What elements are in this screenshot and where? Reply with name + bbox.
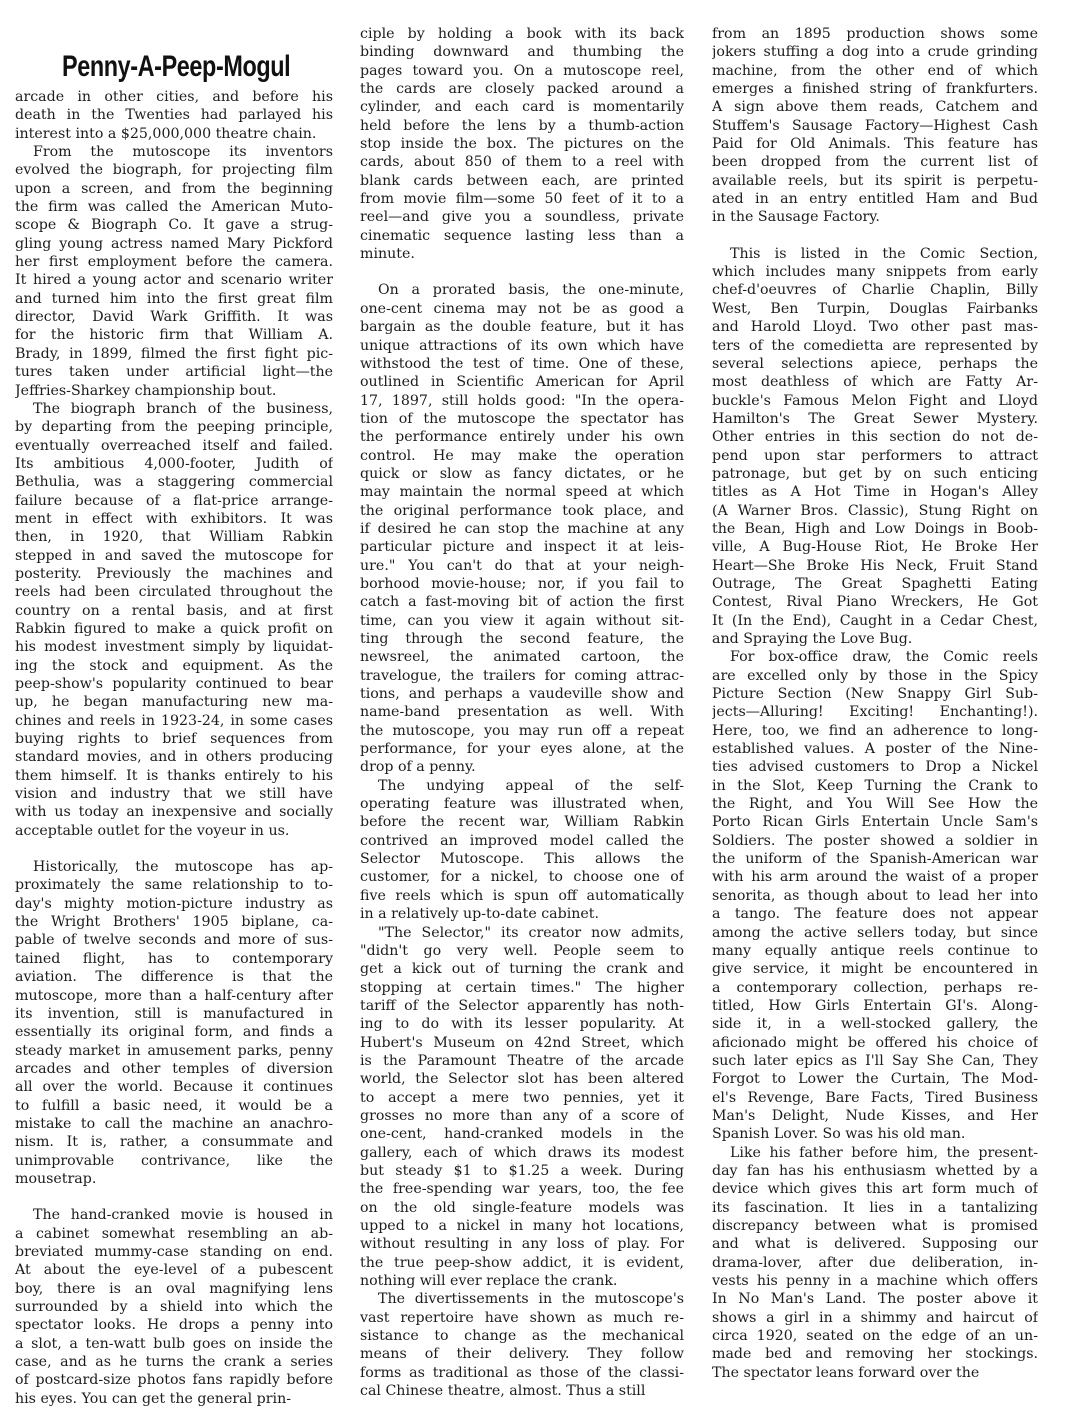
text-line: It hired a young actor and scenario writ… xyxy=(15,271,333,289)
text-line: ciple by holding a book with its back xyxy=(360,25,684,43)
text-line: At about the eye-level of a pubescent xyxy=(15,1261,333,1279)
text-line: Hubert's Museum on 42nd Street, which xyxy=(360,1034,684,1052)
text-line: by departing from the peeping principle, xyxy=(15,418,333,436)
text-line: gallery, each of which draws its modest xyxy=(360,1144,684,1162)
text-line: ing the stock and equipment. As the xyxy=(15,657,333,675)
text-line: cinematic sequence lasting less than a xyxy=(360,227,684,245)
text-line: means of their delivery. They follow xyxy=(360,1345,684,1363)
text-line: bargain as the double feature, but it ha… xyxy=(360,318,684,336)
text-line: ting through the second feature, the xyxy=(360,630,684,648)
text-line: stop inside the box. The pictures on the xyxy=(360,135,684,153)
text-line: five reels which is spun off automatical… xyxy=(360,887,684,905)
text-line: ing to do with its lesser popularity. At xyxy=(360,1015,684,1033)
article-paragraph: From the mutoscope its inventorsevolved … xyxy=(15,143,333,400)
text-line: catch a fast-moving bit of action the fi… xyxy=(360,593,684,611)
text-line: pages toward you. On a mutoscope reel, xyxy=(360,62,684,80)
text-line: made bed and removing her stockings. xyxy=(712,1345,1038,1363)
text-line: vests his penny in a machine which offer… xyxy=(712,1272,1038,1290)
text-line: chef-d'oeuvres of Charlie Chaplin, Billy xyxy=(712,281,1038,299)
text-line: are excelled only by those in the Spicy xyxy=(712,667,1038,685)
text-line: case, and as he turns the crank a series xyxy=(15,1353,333,1371)
text-line: mistake to call the machine an anachro- xyxy=(15,1115,333,1133)
text-line: side it, in a well-stocked gallery, the xyxy=(712,1015,1038,1033)
text-line: such later epics as I'll Say She Can, Th… xyxy=(712,1052,1038,1070)
text-line: spectator looks. He drops a penny into xyxy=(15,1316,333,1334)
text-line: his modest investment simply by liquidat… xyxy=(15,638,333,656)
text-line: Soldiers. The poster showed a soldier in xyxy=(712,832,1038,850)
text-line: 17, 1897, still holds good: "In the oper… xyxy=(360,392,684,410)
text-line: one-cent cinema may not be as good a xyxy=(360,300,684,318)
text-line: in the Slot, Keep Turning the Crank to xyxy=(712,777,1038,795)
text-line: pend upon star performers to attract xyxy=(712,447,1038,465)
text-line: from movie film—some 50 feet of it to a xyxy=(360,190,684,208)
text-line: ties advised customers to Drop a Nickel xyxy=(712,758,1038,776)
text-line: may maintain the normal speed at which xyxy=(360,483,684,501)
text-line: unique attractions of its own which have xyxy=(360,337,684,355)
text-line: mousetrap. xyxy=(15,1170,333,1188)
text-line: ated in an entry entitled Ham and Bud xyxy=(712,190,1038,208)
text-line: This is listed in the Comic Section, xyxy=(712,245,1038,263)
text-line: and what is delivered. Supposing our xyxy=(712,1235,1038,1253)
article-paragraph: ciple by holding a book with its backbin… xyxy=(360,25,684,263)
text-line: contrived an improved model called the xyxy=(360,832,684,850)
text-line: From the mutoscope its inventors xyxy=(15,143,333,161)
article-paragraph: On a prorated basis, the one-minute,one-… xyxy=(360,281,684,776)
text-line: "The Selector," its creator now admits, xyxy=(360,924,684,942)
text-line: drop of a penny. xyxy=(360,758,684,776)
text-line: the Bean, High and Low Doings in Boob- xyxy=(712,520,1038,538)
text-line: on the old single-feature models was xyxy=(360,1199,684,1217)
text-line: vast repertoire have shown as much re- xyxy=(360,1309,684,1327)
text-line: On a prorated basis, the one-minute, xyxy=(360,281,684,299)
article-column-1: arcade in other cities, and before hisde… xyxy=(15,88,333,1408)
text-line: unimprovable contrivance, like the xyxy=(15,1152,333,1170)
text-line: The hand-cranked movie is housed in xyxy=(15,1206,333,1224)
text-line: stopping at certain times." The higher xyxy=(360,979,684,997)
text-line: cards, about 850 of them to a reel with xyxy=(360,153,684,171)
text-line: death in the Twenties had parlayed his xyxy=(15,106,333,124)
text-line: the Wright Brothers' 1905 biplane, ca- xyxy=(15,913,333,931)
article-paragraph: For box-office draw, the Comic reelsare … xyxy=(712,648,1038,1143)
text-line: the true peep-show addict, it is evident… xyxy=(360,1254,684,1272)
text-line: forms as traditional as those of the cla… xyxy=(360,1364,684,1382)
text-line: blank cards between each, are printed xyxy=(360,172,684,190)
text-line: essentially its original form, and finds… xyxy=(15,1023,333,1041)
text-line: titled, How Girls Entertain GI's. Along- xyxy=(712,997,1038,1015)
text-line: acceptable outlet for the voyeur in us. xyxy=(15,822,333,840)
text-line: a slot, a ten-watt bulb goes on inside t… xyxy=(15,1335,333,1353)
text-line: established values. A poster of the Nine… xyxy=(712,740,1038,758)
text-line: eventually overreached itself and failed… xyxy=(15,437,333,455)
text-line: peep-show's popularity continued to bear xyxy=(15,675,333,693)
paragraph-gap xyxy=(360,263,684,281)
text-line: several selections apiece, perhaps the xyxy=(712,355,1038,373)
article-paragraph: arcade in other cities, and before hisde… xyxy=(15,88,333,143)
text-line: then, in 1920, that William Rabkin xyxy=(15,528,333,546)
article-paragraph: "The Selector," its creator now admits,"… xyxy=(360,924,684,1291)
text-line: among the active sellers today, but sinc… xyxy=(712,924,1038,942)
text-line: chines and reels in 1923-24, in some cas… xyxy=(15,712,333,730)
text-line: Historically, the mutoscope has ap- xyxy=(15,858,333,876)
text-line: Man's Delight, Nude Kisses, and Her xyxy=(712,1107,1038,1125)
article-paragraph: The biograph branch of the business,by d… xyxy=(15,400,333,840)
text-line: circa 1920, seated on the edge of an un- xyxy=(712,1327,1038,1345)
text-line: proximately the same relationship to to- xyxy=(15,876,333,894)
text-line: and turned him into the first great film xyxy=(15,290,333,308)
text-line: travelogue, the trailers for coming attr… xyxy=(360,667,684,685)
text-line: failure because of a flat-price arrange- xyxy=(15,492,333,510)
article-paragraph: Historically, the mutoscope has ap-proxi… xyxy=(15,858,333,1188)
text-line: to accept a mere two pennies, yet it xyxy=(360,1089,684,1107)
text-line: ville, A Bug-House Riot, He Broke Her xyxy=(712,538,1038,556)
text-line: evolved the biograph, for projecting fil… xyxy=(15,161,333,179)
text-line: up, he began manufacturing new ma- xyxy=(15,693,333,711)
text-line: tariff of the Selector apparently has no… xyxy=(360,997,684,1015)
text-line: Heart—She Broke His Neck, Fruit Stand xyxy=(712,557,1038,575)
text-line: scope & Biograph Co. It gave a strug- xyxy=(15,216,333,234)
text-line: reel—and give you a soundless, private xyxy=(360,208,684,226)
text-line: before the recent war, William Rabkin xyxy=(360,813,684,831)
text-line: from an 1895 production shows some xyxy=(712,25,1038,43)
text-line: vision and industry that we still have xyxy=(15,785,333,803)
text-line: the cards are closely packed around a xyxy=(360,80,684,98)
article-paragraph: The hand-cranked movie is housed ina cab… xyxy=(15,1206,333,1408)
text-line: jects—Alluring! Exciting! Enchanting!). xyxy=(712,703,1038,721)
text-line: for the historic firm that William A. xyxy=(15,326,333,344)
text-line: of postcard-size photos fans rapidly bef… xyxy=(15,1371,333,1389)
text-line: tained flight, has to contemporary xyxy=(15,950,333,968)
text-line: director, David Wark Griffith. It was xyxy=(15,308,333,326)
text-line: sistance to change as the mechanical xyxy=(360,1327,684,1345)
text-line: pable of twelve seconds and more of sus- xyxy=(15,931,333,949)
text-line: Like his father before him, the present- xyxy=(712,1144,1038,1162)
text-line: day's mighty motion-picture industry as xyxy=(15,895,333,913)
article-paragraph: This is listed in the Comic Section,whic… xyxy=(712,245,1038,649)
text-line: mutoscope, more than a half-century afte… xyxy=(15,987,333,1005)
text-line: titles as A Hot Time in Hogan's Alley xyxy=(712,483,1038,501)
text-line: many equally antique reels continue to xyxy=(712,942,1038,960)
article-paragraph: Like his father before him, the present-… xyxy=(712,1144,1038,1382)
text-line: the original performance took place, and xyxy=(360,502,684,520)
text-line: name-band presentation as well. With xyxy=(360,703,684,721)
text-line: day fan has his enthusiasm whetted by a xyxy=(712,1162,1038,1180)
text-line: interest into a $25,000,000 theatre chai… xyxy=(15,125,333,143)
article-column-3: from an 1895 production shows somejokers… xyxy=(712,25,1038,1382)
text-line: reels had been circulated throughout the xyxy=(15,583,333,601)
text-line: Brady, in 1899, filmed the first fight p… xyxy=(15,345,333,363)
text-line: breviated mummy-case standing on end. xyxy=(15,1243,333,1261)
text-line: most deathless of which are Fatty Ar- xyxy=(712,373,1038,391)
paragraph-gap xyxy=(15,1188,333,1206)
text-line: performance, for your eyes alone, at the xyxy=(360,740,684,758)
text-line: Porto Rican Girls Entertain Uncle Sam's xyxy=(712,813,1038,831)
text-line: outlined in Scientific American for Apri… xyxy=(360,373,684,391)
text-line: steady market in amusement parks, penny xyxy=(15,1042,333,1060)
text-line: a tango. The feature does not appear xyxy=(712,905,1038,923)
text-line: customer, for a nickel, to choose one of xyxy=(360,868,684,886)
text-line: For box-office draw, the Comic reels xyxy=(712,648,1038,666)
text-line: a cabinet somewhat resembling an ab- xyxy=(15,1225,333,1243)
text-line: upped to a nickel in many hot locations, xyxy=(360,1217,684,1235)
text-line: el's Revenge, Bare Facts, Tired Business xyxy=(712,1089,1038,1107)
text-line: The biograph branch of the business, xyxy=(15,400,333,418)
text-line: the uniform of the Spanish-American war xyxy=(712,850,1038,868)
text-line: its invention, still is manufactured in xyxy=(15,1005,333,1023)
text-line: senorita, as though about to lead her in… xyxy=(712,887,1038,905)
text-line: the mutoscope, you may run off a repeat xyxy=(360,722,684,740)
text-line: his eyes. You can get the general prin- xyxy=(15,1390,333,1408)
text-line: drama-lover, after due deliberation, in- xyxy=(712,1254,1038,1272)
text-line: Contest, Rival Piano Wreckers, He Got xyxy=(712,593,1038,611)
text-line: shows a girl in a shimmy and haircut of xyxy=(712,1309,1038,1327)
text-line: control. He may make the operation xyxy=(360,447,684,465)
text-line: A sign above them reads, Catchem and xyxy=(712,98,1038,116)
text-line: time, can you view it again without sit- xyxy=(360,612,684,630)
article-paragraph: The divertissements in the mutoscope'sva… xyxy=(360,1290,684,1400)
text-line: which includes many snippets from early xyxy=(712,263,1038,281)
text-line: been dropped from the current list of xyxy=(712,153,1038,171)
text-line: buying rights to brief sequences from xyxy=(15,730,333,748)
text-line: in a relatively up-to-date cabinet. xyxy=(360,905,684,923)
text-line: newsreel, the animated cartoon, the xyxy=(360,648,684,666)
text-line: them himself. It is thanks entirely to h… xyxy=(15,767,333,785)
text-line: "didn't go very well. People seem to xyxy=(360,942,684,960)
text-line: get a kick out of turning the crank and xyxy=(360,960,684,978)
text-line: The spectator leans forward over the xyxy=(712,1364,1038,1382)
text-line: The divertissements in the mutoscope's xyxy=(360,1290,684,1308)
article-title: Penny-A-Peep-Mogul xyxy=(62,50,290,84)
text-line: give service, it might be encountered in xyxy=(712,960,1038,978)
text-line: withstood the test of time. One of these… xyxy=(360,355,684,373)
text-line: stepped in and saved the mutoscope for xyxy=(15,547,333,565)
text-line: nothing will ever replace the crank. xyxy=(360,1272,684,1290)
text-line: is the Paramount Theatre of the arcade xyxy=(360,1052,684,1070)
text-line: Spanish Lover. So was his old man. xyxy=(712,1125,1038,1143)
text-line: without resulting in any loss of play. F… xyxy=(360,1235,684,1253)
text-line: and Spraying the Love Bug. xyxy=(712,630,1038,648)
text-line: ure." You can't do that at your neigh- xyxy=(360,557,684,575)
text-line: with us today an inexpensive and sociall… xyxy=(15,803,333,821)
text-line: Picture Section (New Snappy Girl Sub- xyxy=(712,685,1038,703)
text-line: Bethulia, was a staggering commercial xyxy=(15,473,333,491)
text-line: in the Sausage Factory. xyxy=(712,208,1038,226)
text-line: her first employment before the camera. xyxy=(15,253,333,271)
text-line: device which gives this art form much of xyxy=(712,1180,1038,1198)
text-line: aficionado might be offered his choice o… xyxy=(712,1034,1038,1052)
text-line: if desired he can stop the machine at an… xyxy=(360,520,684,538)
paragraph-gap xyxy=(712,227,1038,245)
text-line: upon a screen, and from the beginning xyxy=(15,180,333,198)
text-line: ment in effect with exhibitors. It was xyxy=(15,510,333,528)
text-line: The undying appeal of the self- xyxy=(360,777,684,795)
paragraph-gap xyxy=(15,840,333,858)
text-line: emerges a finished string of frankfurter… xyxy=(712,80,1038,98)
text-line: Its ambitious 4,000-footer, Judith of xyxy=(15,455,333,473)
text-line: discrepancy between what is promised xyxy=(712,1217,1038,1235)
text-line: to fulfill a basic need, it would be a xyxy=(15,1097,333,1115)
text-line: held before the lens by a thumb-action xyxy=(360,117,684,135)
text-line: Here, too, we find an adherence to long- xyxy=(712,722,1038,740)
text-line: operating feature was illustrated when, xyxy=(360,795,684,813)
text-line: In No Man's Land. The poster above it xyxy=(712,1290,1038,1308)
text-line: binding downward and thumbing the xyxy=(360,43,684,61)
text-line: the Right, and You Will See How the xyxy=(712,795,1038,813)
text-line: Forgot to Lower the Curtain, The Mod- xyxy=(712,1070,1038,1088)
text-line: country on a rental basis, and at first xyxy=(15,602,333,620)
text-line: tion of the mutoscope the spectator has xyxy=(360,410,684,428)
text-line: a contemporary collection, perhaps re- xyxy=(712,979,1038,997)
text-line: tures taken under artificial light—the xyxy=(15,363,333,381)
text-line: nism. It is, rather, a consummate and xyxy=(15,1133,333,1151)
text-line: posterity. Previously the machines and xyxy=(15,565,333,583)
text-line: Selector Mutoscope. This allows the xyxy=(360,850,684,868)
text-line: borhood movie-house; nor, if you fail to xyxy=(360,575,684,593)
text-line: but steady $1 to $1.25 a week. During xyxy=(360,1162,684,1180)
text-line: world, the Selector slot has been altere… xyxy=(360,1070,684,1088)
text-line: particular picture and inspect it at lei… xyxy=(360,538,684,556)
text-line: boy, there is an oval magnifying lens xyxy=(15,1280,333,1298)
text-line: the performance entirely under his own xyxy=(360,428,684,446)
text-line: quick or slow as fancy dictates, or he xyxy=(360,465,684,483)
text-line: and Harold Lloyd. Two other past mas- xyxy=(712,318,1038,336)
text-line: all over the world. Because it continues xyxy=(15,1078,333,1096)
text-line: Stuffem's Sausage Factory—Highest Cash xyxy=(712,117,1038,135)
text-line: arcade in other cities, and before his xyxy=(15,88,333,106)
text-line: cal Chinese theatre, almost. Thus a stil… xyxy=(360,1382,684,1400)
text-line: (A Warner Bros. Classic), Stung Right on xyxy=(712,502,1038,520)
text-line: West, Ben Turpin, Douglas Fairbanks xyxy=(712,300,1038,318)
text-line: its fascination. It lies in a tantalizin… xyxy=(712,1199,1038,1217)
text-line: cylinder, and each card is momentarily xyxy=(360,98,684,116)
text-line: Other entries in this section do not de- xyxy=(712,428,1038,446)
text-line: the firm was called the American Muto- xyxy=(15,198,333,216)
text-line: Hamilton's The Great Sewer Mystery. xyxy=(712,410,1038,428)
text-line: machine, from the other end of which xyxy=(712,62,1038,80)
text-line: Rabkin figured to make a quick profit on xyxy=(15,620,333,638)
text-line: Jeffries-Sharkey championship bout. xyxy=(15,382,333,400)
text-line: Paid for Old Animals. This feature has xyxy=(712,135,1038,153)
text-line: arcades and other temples of diversion xyxy=(15,1060,333,1078)
text-line: available reels, but its spirit is perpe… xyxy=(712,172,1038,190)
text-line: surrounded by a shield into which the xyxy=(15,1298,333,1316)
text-line: standard movies, and in others producing xyxy=(15,748,333,766)
text-line: buckle's Famous Melon Fight and Lloyd xyxy=(712,392,1038,410)
text-line: with his arm around the waist of a prope… xyxy=(712,868,1038,886)
article-paragraph: The undying appeal of the self-operating… xyxy=(360,777,684,924)
article-paragraph: from an 1895 production shows somejokers… xyxy=(712,25,1038,227)
text-line: grosses no more than any of a score of xyxy=(360,1107,684,1125)
text-line: minute. xyxy=(360,245,684,263)
text-line: It (In the End), Caught in a Cedar Chest… xyxy=(712,612,1038,630)
text-line: Outrage, The Great Spaghetti Eating xyxy=(712,575,1038,593)
article-column-2: ciple by holding a book with its backbin… xyxy=(360,25,684,1400)
text-line: one-cent, hand-cranked models in the xyxy=(360,1125,684,1143)
text-line: tions, and perhaps a vaudeville show and xyxy=(360,685,684,703)
text-line: ters of the comedietta are represented b… xyxy=(712,337,1038,355)
text-line: gling young actress named Mary Pickford xyxy=(15,235,333,253)
text-line: the free-spending war years, too, the fe… xyxy=(360,1180,684,1198)
text-line: aviation. The difference is that the xyxy=(15,968,333,986)
text-line: jokers stuffing a dog into a crude grind… xyxy=(712,43,1038,61)
text-line: patronage, but get by on such enticing xyxy=(712,465,1038,483)
